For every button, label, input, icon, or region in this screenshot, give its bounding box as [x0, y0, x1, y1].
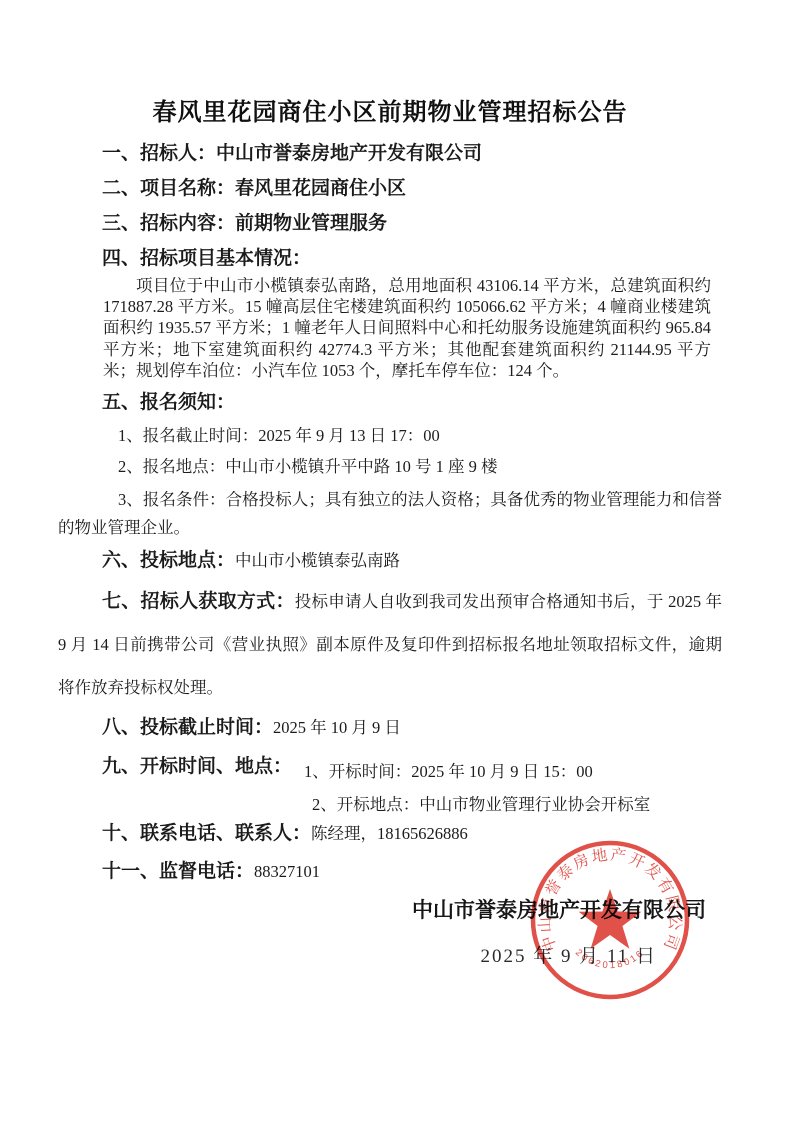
section-bid-location-label: 六、投标地点： — [102, 550, 235, 571]
registration-location-item: 2、报名地点：中山市小榄镇升平中路 10 号 1 座 9 楼 — [118, 456, 722, 478]
section-project-name-value: 春风里花园商住小区 — [235, 178, 406, 199]
section-tender-content: 三、招标内容：前期物业管理服务 — [102, 211, 722, 237]
section-tender-content-label: 三、招标内容： — [102, 213, 235, 234]
section-bidder: 一、招标人：中山市誉泰房地产开发有限公司 — [102, 141, 722, 167]
section-bid-location-value: 中山市小榄镇泰弘南路 — [235, 551, 400, 570]
section-bidder-label: 一、招标人： — [102, 143, 216, 164]
section-bid-deadline: 八、投标截止时间：2025 年 10 月 9 日 — [102, 715, 722, 741]
company-seal-stamp: 中山市誉泰房地产开发有限公司 420620180165 — [528, 838, 692, 1002]
section-contact-value: 陈经理，18165626886 — [311, 824, 468, 843]
section-registration-notes-heading: 五、报名须知： — [102, 390, 722, 416]
project-overview-paragraph: 项目位于中山市小榄镇泰弘南路，总用地面积 43106.14 平方米，总建筑面积约… — [103, 275, 711, 381]
bid-opening-items: 1、开标时间：2025 年 10 月 9 日 15：00 2、开标地点：中山市物… — [292, 754, 650, 821]
section-bid-location: 六、投标地点：中山市小榄镇泰弘南路 — [102, 548, 722, 574]
section-bid-opening: 九、开标时间、地点： 1、开标时间：2025 年 10 月 9 日 15：00 … — [102, 754, 722, 821]
section-bidder-value: 中山市誉泰房地产开发有限公司 — [216, 143, 482, 164]
bid-opening-time-item: 1、开标时间：2025 年 10 月 9 日 15：00 — [304, 755, 650, 788]
section-project-overview-heading: 四、招标项目基本情况： — [102, 246, 722, 272]
bid-opening-location-item: 2、开标地点：中山市物业管理行业协会开标室 — [312, 788, 650, 821]
registration-deadline-item: 1、报名截止时间：2025 年 9 月 13 日 17：00 — [118, 425, 722, 447]
section-supervision-phone-value: 88327101 — [254, 862, 320, 881]
section-bid-deadline-value: 2025 年 10 月 9 日 — [273, 718, 401, 737]
section-contact-label: 十、联系电话、联系人： — [102, 823, 311, 844]
document-page: 春风里花园商住小区前期物业管理招标公告 一、招标人：中山市誉泰房地产开发有限公司… — [0, 0, 795, 1124]
section-document-collection-label: 七、招标人获取方式： — [102, 591, 295, 612]
seal-star-icon — [579, 889, 642, 949]
registration-conditions-item: 3、报名条件：合格投标人；具有独立的法人资格；具备优秀的物业管理能力和信誉的物业… — [58, 486, 722, 542]
section-project-name: 二、项目名称：春风里花园商住小区 — [102, 176, 722, 202]
section-project-name-label: 二、项目名称： — [102, 178, 235, 199]
section-bid-deadline-label: 八、投标截止时间： — [102, 717, 273, 738]
document-title: 春风里花园商住小区前期物业管理招标公告 — [58, 98, 722, 129]
section-document-collection: 七、招标人获取方式：投标申请人自收到我司发出预审合格通知书后，于 2025 年 … — [58, 580, 722, 709]
section-bid-opening-label: 九、开标时间、地点： — [102, 754, 292, 821]
section-supervision-phone-label: 十一、监督电话： — [102, 861, 254, 882]
section-tender-content-value: 前期物业管理服务 — [235, 213, 387, 234]
